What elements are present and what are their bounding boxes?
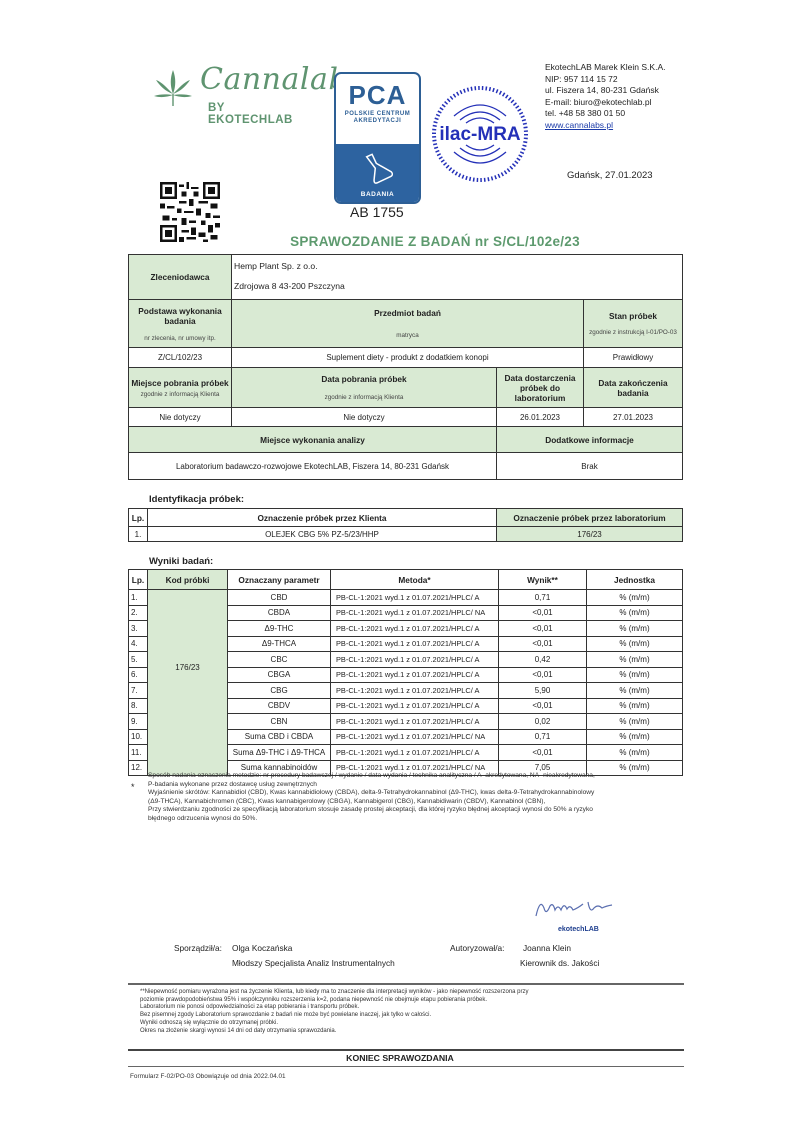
place-date: Gdańsk, 27.01.2023 [567,170,653,181]
sampling-place-sublabel: zgodnie z informacją Klienta [131,391,229,398]
legal-notes: **Niepewność pomiaru wyrażona jest na ży… [140,989,529,1035]
authorized-by: Joanna Klein Kierownik ds. Jakości [520,941,599,971]
company-nip: NIP: 957 114 15 72 [545,74,665,86]
delivery-date-label: Data dostarczenia próbek do laboratorium [497,368,584,408]
client-name: Hemp Plant Sp. z o.o. [234,256,680,276]
sampling-date-value: Nie dotyczy [232,408,497,427]
row-lp: 6. [129,667,148,683]
col-unit: Jednostka [587,570,683,590]
pca-line2: AKREDYTACJI [336,118,419,125]
state-sublabel: zgodnie z instrukcją I-01/PO-03 [586,329,680,336]
company-address: ul. Fiszera 14, 80-231 Gdańsk [545,85,665,97]
col-sample-code: Kod próbki [148,570,228,590]
company-website-link[interactable]: www.cannalabs.pl [545,120,613,130]
row-unit: % (m/m) [587,683,683,699]
basis-sublabel: nr zlecenia, nr umowy itp. [131,335,229,342]
sampling-place-value: Nie dotyczy [129,408,232,427]
row-unit: % (m/m) [587,745,683,761]
row-result: <0,01 [499,636,587,652]
note-line: Sposób nadania oznaczenia metodzie: nr p… [148,772,688,781]
state-value: Prawidłowy [584,348,683,368]
basis-label: Podstawa wykonania badania [131,306,229,326]
stamp-text: ekotechLAB [558,926,599,933]
legal-line: Wyniki odnoszą się wyłącznie do otrzyman… [140,1020,529,1028]
svg-text:ilac-MRA: ilac-MRA [439,124,521,145]
note-line: Przy stwierdzaniu zgodności ze specyfika… [148,806,688,815]
report-title: SPRAWOZDANIE Z BADAŃ nr S/CL/102e/23 [0,234,800,249]
signature-stamp: ekotechLAB [528,896,628,938]
pca-accreditation-badge: PCA POLSKIE CENTRUM AKREDYTACJI BADANIA [334,72,421,204]
id-client-code: OLEJEK CBG 5% PZ-5/23/HHP [148,527,497,542]
row-parameter: Δ9-THCA [228,636,331,652]
table-row: 1.176/23CBDPB-CL-1:2021 wyd.1 z 01.07.20… [129,590,683,606]
row-unit: % (m/m) [587,667,683,683]
subject-value: Suplement diety - produkt z dodatkiem ko… [232,348,584,368]
row-lp: 2. [129,605,148,621]
additional-info-value: Brak [497,453,683,480]
row-parameter: Δ9-THC [228,621,331,637]
id-col-client: Oznaczenie próbek przez Klienta [148,509,497,527]
row-parameter: Suma Δ9-THC i Δ9-THCA [228,745,331,761]
delivery-date-value: 26.01.2023 [497,408,584,427]
row-parameter: CBG [228,683,331,699]
end-date-value: 27.01.2023 [584,408,683,427]
divider [128,983,684,985]
row-parameter: CBGA [228,667,331,683]
row-unit: % (m/m) [587,605,683,621]
row-result: 0,71 [499,729,587,745]
row-method: PB-CL-1:2021 wyd.1 z 01.07.2021/HPLC/ A [331,636,499,652]
row-result: <0,01 [499,621,587,637]
note-line: błędnego odrzucenia wynosi do 50%. [148,815,688,824]
identification-table: Lp. Oznaczenie próbek przez Klienta Ozna… [128,508,683,542]
row-result: <0,01 [499,698,587,714]
method-notes: Sposób nadania oznaczenia metodzie: nr p… [148,772,688,824]
note-line: P-badania wykonane przez dostawcę usług … [148,781,688,790]
signature-scribble-icon [528,896,628,924]
company-name: EkotechLAB Marek Klein S.K.A. [545,62,665,74]
prepared-label: Sporządził/a: [174,941,222,956]
legal-line: Okres na złożenie skargi wynosi 14 dni o… [140,1028,529,1036]
row-method: PB-CL-1:2021 wyd.1 z 01.07.2021/HPLC/ A [331,714,499,730]
row-method: PB-CL-1:2021 wyd.1 z 01.07.2021/HPLC/ A [331,590,499,606]
note-line: (Δ9-THCA), Kannabichromen (CBC), Kwas ka… [148,798,688,807]
id-col-lab: Oznaczenie próbek przez laboratorium [497,509,683,527]
basis-value: Z/CL/102/23 [129,348,232,368]
ilac-mra-logo: ilac-MRA [432,86,528,182]
footnote-star: * [131,782,135,792]
row-unit: % (m/m) [587,652,683,668]
row-method: PB-CL-1:2021 wyd.1 z 01.07.2021/HPLC/ A [331,698,499,714]
row-lp: 12. [129,760,148,776]
row-parameter: Suma CBD i CBDA [228,729,331,745]
logo-subtitle: BY EKOTECHLAB [208,102,293,126]
legal-line: Bez pisemnej zgody Laboratorium sprawozd… [140,1012,529,1020]
flask-icon [363,150,393,186]
row-lp: 4. [129,636,148,652]
divider [128,1049,684,1051]
id-lp: 1. [129,527,148,542]
row-lp: 11. [129,745,148,761]
row-result: <0,01 [499,745,587,761]
additional-info-label: Dodatkowe informacje [497,427,683,453]
analysis-place-label: Miejsce wykonania analizy [129,427,497,453]
analysis-place-value: Laboratorium badawczo-rozwojowe EkotechL… [129,453,497,480]
row-unit: % (m/m) [587,698,683,714]
col-result: Wynik** [499,570,587,590]
results-heading: Wyniki badań: [149,556,213,567]
company-email: E-mail: biuro@ekotechlab.pl [545,97,665,109]
col-lp: Lp. [129,570,148,590]
subject-label: Przedmiot badań [234,308,581,318]
sampling-date-sublabel: zgodnie z informacją Klienta [234,394,494,401]
row-unit: % (m/m) [587,590,683,606]
col-method: Metoda* [331,570,499,590]
note-line: Wyjaśnienie skrótów: Kannabidiol (CBD), … [148,789,688,798]
company-phone: tel. +48 58 380 01 50 [545,108,665,120]
end-of-report: KONIEC SPRAWOZDANIA [0,1053,800,1063]
col-parameter: Oznaczany parametr [228,570,331,590]
form-id: Formularz F-02/PO-03 Obowiązuje od dnia … [130,1073,286,1080]
prepared-by: Olga Koczańska Młodszy Specjalista Anali… [232,941,395,971]
row-lp: 9. [129,714,148,730]
prepared-name: Olga Koczańska [232,941,395,956]
row-unit: % (m/m) [587,636,683,652]
row-parameter: CBD [228,590,331,606]
row-result: 0,71 [499,590,587,606]
row-method: PB-CL-1:2021 wyd.1 z 01.07.2021/HPLC/ A [331,621,499,637]
row-method: PB-CL-1:2021 wyd.1 z 01.07.2021/HPLC/ A [331,683,499,699]
row-result: 0,42 [499,652,587,668]
row-parameter: CBN [228,714,331,730]
table-row: 1. OLEJEK CBG 5% PZ-5/23/HHP 176/23 [129,527,683,542]
row-parameter: CBDA [228,605,331,621]
id-col-lp: Lp. [129,509,148,527]
authorized-role: Kierownik ds. Jakości [520,956,599,971]
end-date-label: Data zakończenia badania [584,368,683,408]
row-parameter: CBC [228,652,331,668]
sample-code: 176/23 [148,590,228,776]
report-info-table: Zleceniodawca Hemp Plant Sp. z o.o. Zdro… [128,254,683,480]
id-lab-code: 176/23 [497,527,683,542]
identification-heading: Identyfikacja próbek: [149,494,244,505]
results-table: Lp. Kod próbki Oznaczany parametr Metoda… [128,569,683,776]
sampling-date-label: Data pobrania próbek [234,374,494,384]
pca-line1: POLSKIE CENTRUM [336,111,419,118]
qr-code[interactable] [160,182,220,242]
cannabis-leaf-icon [152,68,194,108]
company-info: EkotechLAB Marek Klein S.K.A. NIP: 957 1… [545,62,665,131]
row-result: 5,90 [499,683,587,699]
row-unit: % (m/m) [587,714,683,730]
row-result: <0,01 [499,667,587,683]
row-lp: 7. [129,683,148,699]
row-method: PB-CL-1:2021 wyd.1 z 01.07.2021/HPLC/ NA [331,605,499,621]
cannalabs-logo: Cannalabs BY EKOTECHLAB [152,62,292,124]
row-lp: 3. [129,621,148,637]
legal-line: **Niepewność pomiaru wyrażona jest na ży… [140,989,529,997]
row-method: PB-CL-1:2021 wyd.1 z 01.07.2021/HPLC/ A [331,652,499,668]
row-method: PB-CL-1:2021 wyd.1 z 01.07.2021/HPLC/ A [331,745,499,761]
row-method: PB-CL-1:2021 wyd.1 z 01.07.2021/HPLC/ NA [331,729,499,745]
row-method: PB-CL-1:2021 wyd.1 z 01.07.2021/HPLC/ A [331,667,499,683]
authorized-name: Joanna Klein [520,941,599,956]
legal-line: poziomie prawdopodobieństwa 95% i współc… [140,997,529,1005]
legal-line: Laboratorium nie ponosi odpowiedzialnośc… [140,1004,529,1012]
row-result: <0,01 [499,605,587,621]
row-lp: 10. [129,729,148,745]
row-parameter: CBDV [228,698,331,714]
row-lp: 5. [129,652,148,668]
client-address: Zdrojowa 8 43-200 Pszczyna [234,276,680,296]
row-unit: % (m/m) [587,621,683,637]
row-result: 0,02 [499,714,587,730]
state-label: Stan próbek [586,311,680,321]
subject-sublabel: matryca [234,332,581,339]
sampling-place-label: Miejsce pobrania próbek [131,378,229,388]
row-unit: % (m/m) [587,729,683,745]
prepared-role: Młodszy Specjalista Analiz Instrumentaln… [232,956,395,971]
client-label: Zleceniodawca [129,255,232,300]
row-lp: 1. [129,590,148,606]
authorized-label: Autoryzował/a: [450,941,504,956]
pca-badania-label: BADANIA [336,191,419,198]
divider [128,1066,684,1067]
accreditation-number: AB 1755 [350,204,404,220]
pca-title: PCA [336,80,419,111]
row-lp: 8. [129,698,148,714]
